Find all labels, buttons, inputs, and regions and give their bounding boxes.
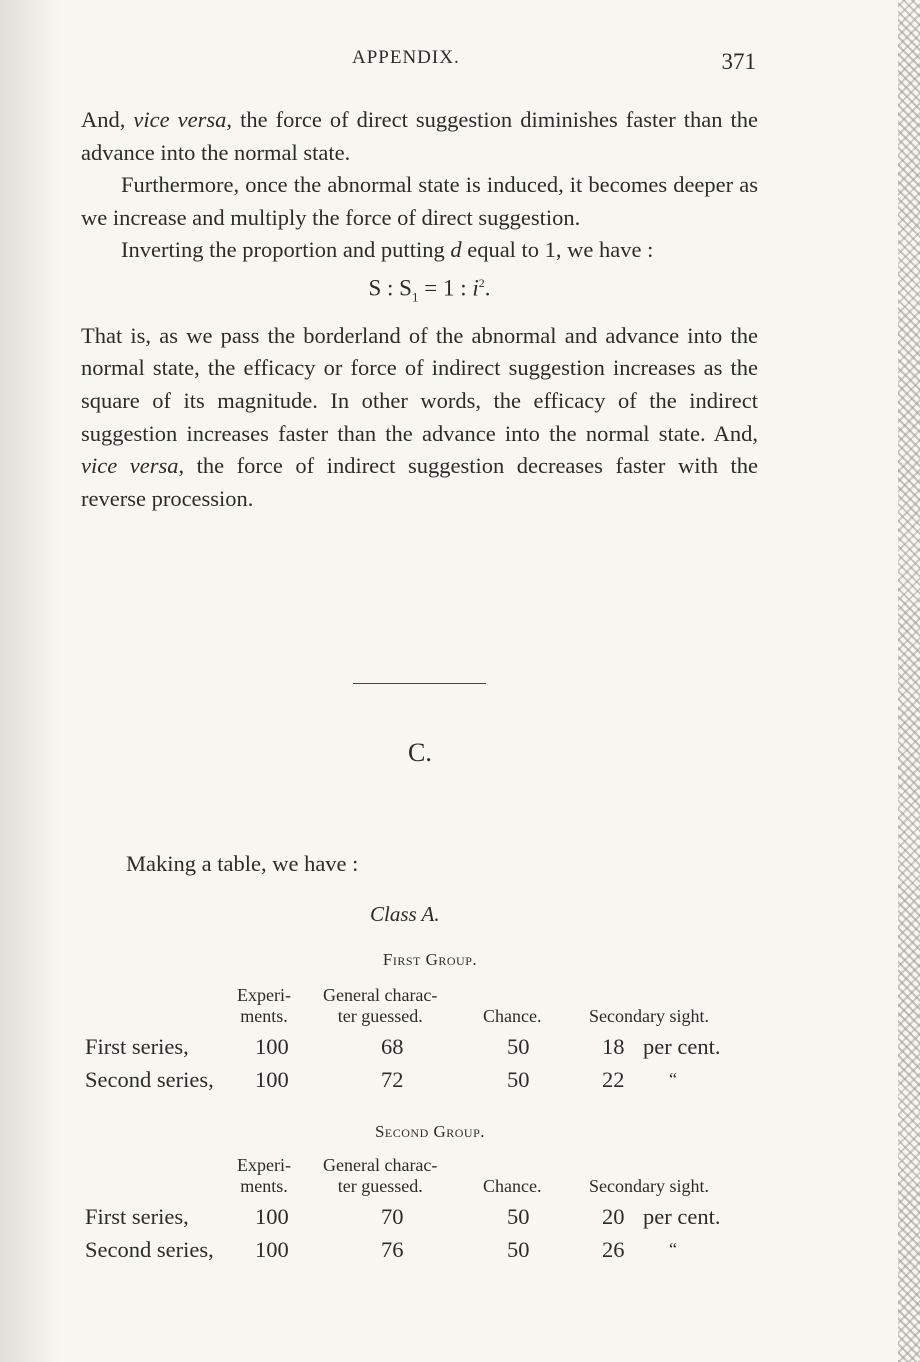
section-divider (353, 683, 486, 684)
paragraph-2: Furthermore, once the abnormal state is … (81, 169, 758, 234)
decorative-border-ornament (898, 0, 920, 1362)
paragraph-1: And, vice versa, the force of direct sug… (81, 104, 758, 169)
col-header-general: General charac-ter guessed. (323, 985, 437, 1027)
page-gutter-shadow (0, 0, 60, 1362)
col-header-chance: Chance. (483, 1006, 541, 1027)
table-intro: Making a table, we have : (126, 851, 358, 877)
italic-vice-versa-2: vice versa (81, 453, 178, 478)
running-title: APPENDIX. (352, 47, 460, 69)
italic-vice-versa: vice versa (133, 107, 226, 132)
running-head: APPENDIX. 371 (84, 47, 756, 77)
col-header-experiments: Experi-ments. (237, 985, 291, 1027)
section-heading: C. (408, 738, 432, 768)
italic-variable-d: d (450, 237, 461, 262)
col-header-general: General charac-ter guessed. (323, 1155, 437, 1197)
paragraph-4: That is, as we pass the borderland of th… (81, 320, 758, 516)
group-title-first: First Group. (0, 950, 860, 970)
formula: S : S1 = 1 : i2. (81, 267, 758, 314)
body-text: And, vice versa, the force of direct sug… (81, 104, 758, 515)
paragraph-3: Inverting the proportion and putting d e… (81, 234, 758, 267)
class-title: Class A. (370, 902, 440, 927)
group-title-second: Second Group. (0, 1122, 860, 1142)
col-header-chance: Chance. (483, 1176, 541, 1197)
page-number: 371 (722, 49, 757, 75)
col-header-experiments: Experi-ments. (237, 1155, 291, 1197)
col-header-secondary: Secondary sight. (589, 1006, 709, 1027)
col-header-secondary: Secondary sight. (589, 1176, 709, 1197)
